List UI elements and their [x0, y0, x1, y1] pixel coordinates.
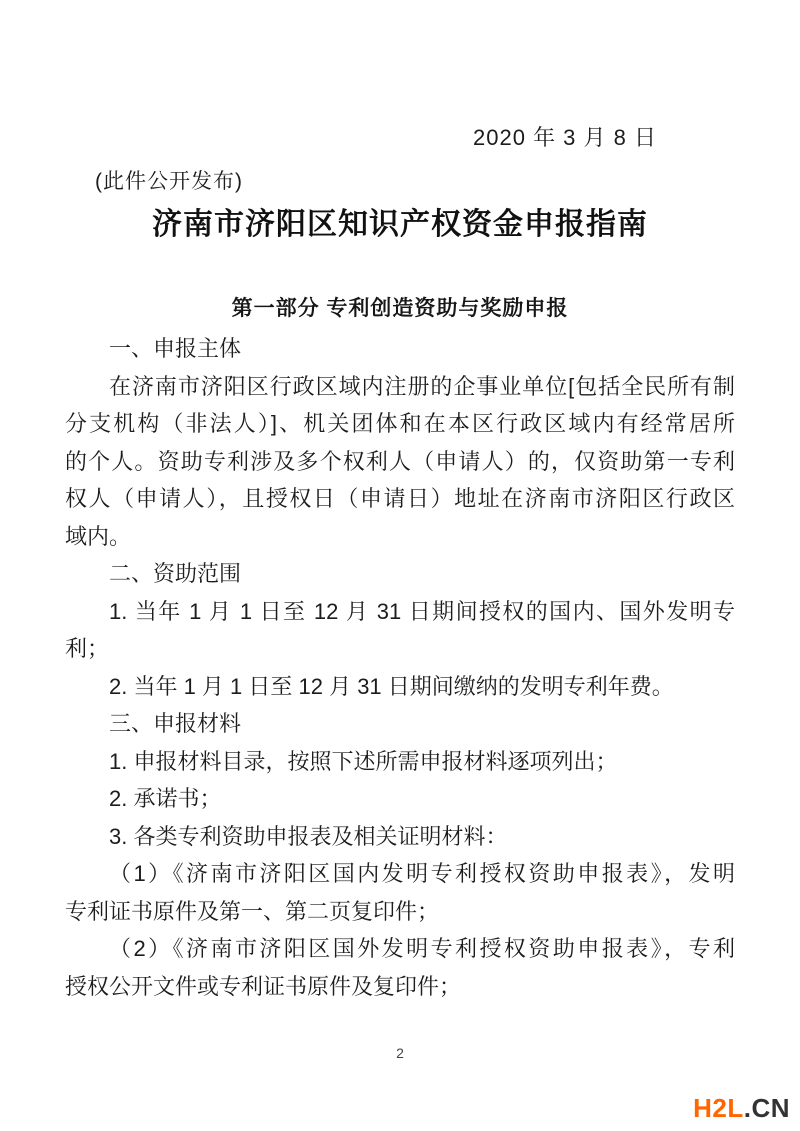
- page-number: 2: [0, 1045, 800, 1061]
- body-line: 三、申报材料: [65, 705, 735, 743]
- body-line: 3. 各类专利资助申报表及相关证明材料：: [65, 818, 735, 856]
- site-watermark: H2L.CN: [693, 1093, 790, 1124]
- document-date: 2020 年 3 月 8 日: [473, 121, 657, 152]
- body-line: 授权公开文件或专利证书原件及复印件；: [65, 968, 735, 1006]
- body-line: 2. 承诺书；: [65, 780, 735, 818]
- body-line: 1. 申报材料目录，按照下述所需申报材料逐项列出；: [65, 743, 735, 781]
- document-body: 一、申报主体 在济南市济阳区行政区域内注册的企事业单位[包括全民所有制 分支机构…: [65, 330, 735, 1005]
- body-line: 在济南市济阳区行政区域内注册的企事业单位[包括全民所有制: [65, 368, 735, 406]
- body-line: 分支机构（非法人）]、机关团体和在本区行政区域内有经常居所: [65, 405, 735, 443]
- body-line: 一、申报主体: [65, 330, 735, 368]
- public-release-note: (此件公开发布): [95, 165, 243, 195]
- body-line: 专利证书原件及第一、第二页复印件；: [65, 893, 735, 931]
- document-title: 济南市济阳区知识产权资金申报指南: [0, 199, 800, 243]
- document-page: 2020 年 3 月 8 日 (此件公开发布) 济南市济阳区知识产权资金申报指南…: [0, 0, 800, 1131]
- section-heading-part-one: 第一部分 专利创造资助与奖励申报: [0, 292, 800, 322]
- body-line: 二、资助范围: [65, 555, 735, 593]
- body-line: （2）《济南市济阳区国外发明专利授权资助申报表》，专利: [65, 930, 735, 968]
- watermark-secondary-text: .CN: [744, 1093, 790, 1123]
- body-line: 权人（申请人），且授权日（申请日）地址在济南市济阳区行政区: [65, 480, 735, 518]
- body-line: 2. 当年 1 月 1 日至 12 月 31 日期间缴纳的发明专利年费。: [65, 668, 735, 706]
- body-line: （1）《济南市济阳区国内发明专利授权资助申报表》，发明: [65, 855, 735, 893]
- body-line: 1. 当年 1 月 1 日至 12 月 31 日期间授权的国内、国外发明专: [65, 593, 735, 631]
- watermark-primary-text: H2L: [693, 1093, 744, 1123]
- body-line: 的个人。资助专利涉及多个权利人（申请人）的，仅资助第一专利: [65, 443, 735, 481]
- body-line: 利；: [65, 630, 735, 668]
- body-line: 域内。: [65, 518, 735, 556]
